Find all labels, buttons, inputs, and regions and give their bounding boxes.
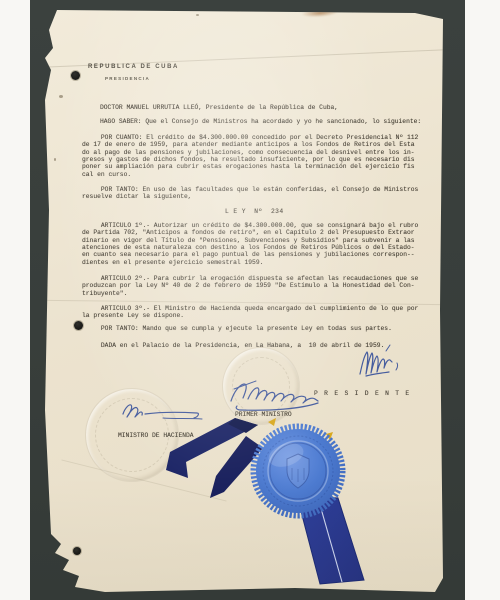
primer-ministro-label: PRIMER MINISTRO: [235, 411, 292, 418]
dada-date-line: DADA en el Palacio de la Presidencia, en…: [82, 342, 384, 349]
punch-hole-top: [71, 71, 80, 80]
ministro-hacienda-signature-ink: [123, 405, 202, 419]
letterhead-republic: REPUBLICA DE CUBA: [88, 64, 179, 70]
ministro-hacienda-label: MINISTRO DE HACIENDA: [118, 432, 194, 439]
paragraph-articulo-1: ARTICULO 1º.- Autorizar un crédito de $4…: [82, 222, 418, 266]
paragraph-por-cuanto: POR CUANTO: El crédito de $4.300.000.00 …: [82, 134, 418, 178]
paragraph-articulo-3: ARTICULO 3º.- El Ministro de Hacienda qu…: [82, 305, 418, 320]
presidente-label: P R E S I D E N T E: [314, 390, 411, 397]
paper-vignette: [45, 10, 443, 592]
paper-speck: [59, 95, 63, 98]
law-number-heading: L E Y Nº 234: [225, 208, 284, 215]
gold-fleck: [268, 418, 276, 426]
coat-of-arms-shield: [287, 454, 309, 488]
punch-hole-bottom: [73, 547, 81, 555]
ribbon-left-tails: [166, 418, 263, 498]
screenshot-root: { "letterhead": { "line1": "REPUBLICA DE…: [0, 0, 500, 600]
paper-speck: [54, 158, 56, 161]
letterhead-presidencia: PRESIDENCIA: [105, 76, 150, 81]
paper-speck: [196, 14, 199, 16]
paper-crease: [61, 459, 226, 501]
ink-signatures: [45, 10, 443, 592]
paragraph-articulo-2: ARTICULO 2º.- Para cubrir la erogación d…: [82, 275, 418, 297]
blue-foil-seal: [254, 427, 343, 516]
ribbon-bottom-tail: [297, 496, 364, 584]
addressee-line: DOCTOR MANUEL URRUTIA LLEÓ, Presidente d…: [100, 104, 338, 111]
gold-fleck: [326, 432, 333, 440]
hago-saber-line: HAGO SABER: Que el Consejo de Ministros …: [100, 118, 421, 125]
document-paper: REPUBLICA DE CUBA PRESIDENCIA DOCTOR MAN…: [45, 10, 443, 592]
paragraph-por-tanto-final: POR TANTO: Mando que se cumpla y ejecute…: [82, 325, 392, 332]
primer-ministro-signature-ink: [231, 381, 318, 410]
presidente-signature-ink: [360, 345, 398, 376]
paragraph-por-tanto: POR TANTO: En uso de las facultades que …: [82, 186, 418, 201]
